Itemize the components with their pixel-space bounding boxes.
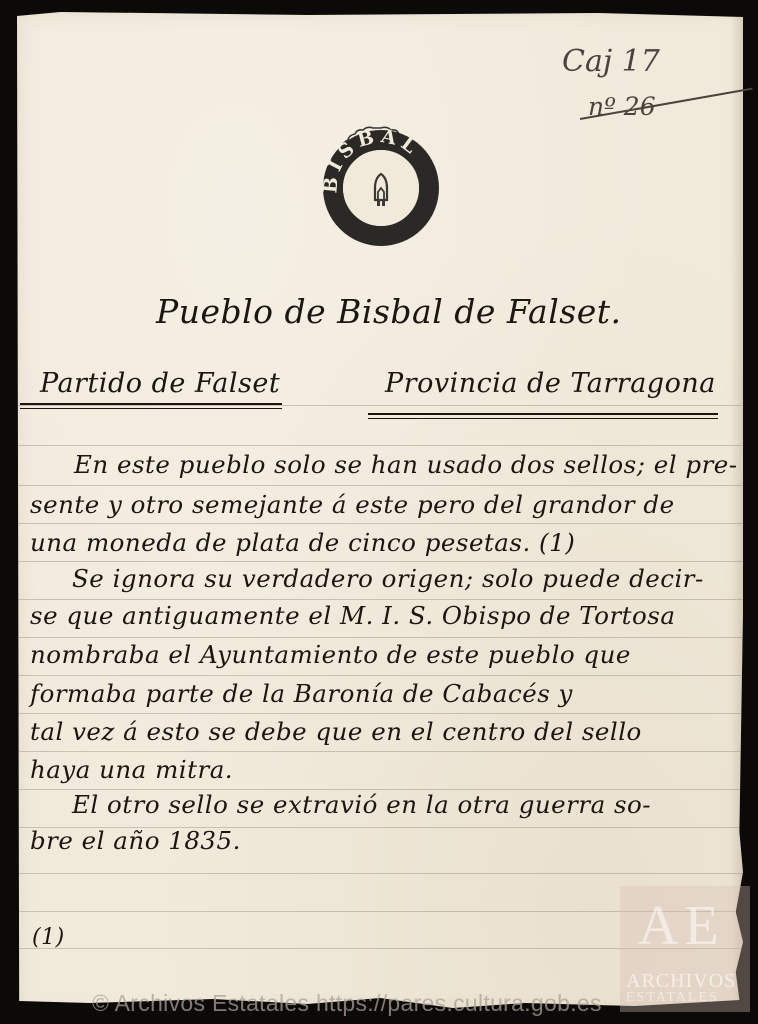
edge-staining (731, 12, 743, 1012)
body-line-7: formaba parte de la Baronía de Cabacés y (30, 679, 573, 708)
ruled-line (17, 751, 743, 752)
ruled-line (17, 675, 743, 676)
copyright-watermark: © Archivos Estatales https://pares.cultu… (92, 990, 602, 1017)
body-line-10: El otro sello se extravió en la otra gue… (72, 790, 651, 819)
body-line-8: tal vez á esto se debe que en el centro … (30, 717, 642, 746)
ruled-line (17, 561, 743, 562)
ruled-line (17, 445, 743, 446)
ruled-line (17, 405, 743, 406)
provincia-heading: Provincia de Tarragona (385, 368, 716, 399)
footnote-marker: (1) (32, 925, 65, 950)
logo-subtext: ESTATALES (626, 990, 719, 1006)
partido-heading: Partido de Falset (40, 368, 280, 399)
body-line-3: una moneda de plata de cinco pesetas. (1… (30, 528, 575, 557)
seal-icon: BISBAL (315, 122, 447, 254)
archive-box-number: Caj 17 (562, 44, 660, 79)
ruled-line (17, 523, 743, 524)
provincia-underline (368, 413, 718, 415)
ruled-line (17, 637, 743, 638)
archivos-estatales-logo: AE ARCHIVOS ESTATALES (620, 886, 750, 1012)
body-line-2: sente y otro semejante á este pero del g… (30, 490, 675, 519)
body-line-1: En este pueblo solo se han usado dos sel… (74, 450, 738, 479)
body-line-4: Se ignora su verdadero origen; solo pued… (72, 564, 704, 593)
provincia-underline-2 (368, 418, 718, 419)
ruled-line (17, 713, 743, 714)
document-title: Pueblo de Bisbal de Falset. (156, 292, 622, 331)
body-line-5: se que antiguamente el M. I. S. Obispo d… (30, 601, 675, 630)
municipal-seal-stamp: BISBAL (315, 122, 447, 254)
logo-letters: AE (638, 894, 725, 958)
ruled-line (17, 599, 743, 600)
ruled-line (17, 485, 743, 486)
body-line-6: nombraba el Ayuntamiento de este pueblo … (30, 640, 631, 669)
partido-underline-2 (20, 408, 282, 409)
ruled-line (17, 873, 743, 874)
partido-underline (20, 403, 282, 405)
body-line-11: bre el año 1835. (30, 826, 241, 855)
body-line-9: haya una mitra. (30, 755, 233, 784)
archive-item-number: nº 26 (588, 92, 656, 121)
